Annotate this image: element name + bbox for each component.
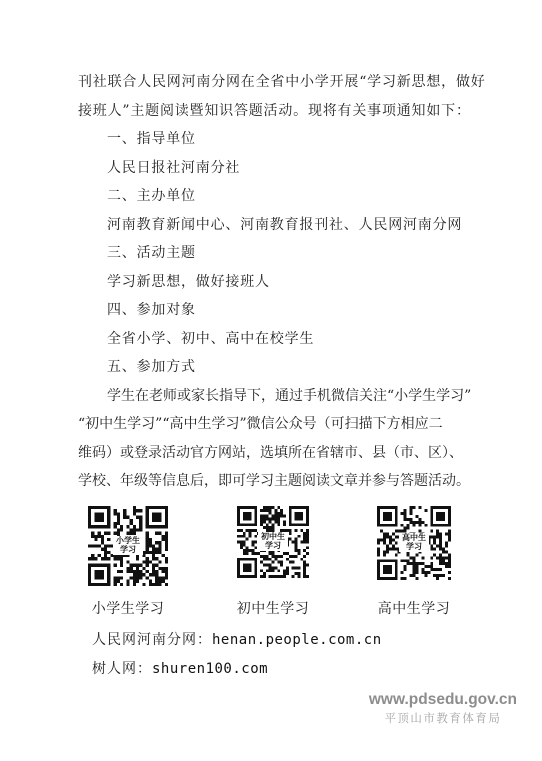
qr-caption: 初中生学习: [237, 598, 310, 618]
section-heading-4: 四、参加对象: [78, 296, 472, 325]
qr-code-icon: [237, 506, 309, 578]
link-label: 人民网河南分网：: [92, 632, 212, 648]
body-line: 河南教育新闻中心、河南教育报刊社、人民网河南分网: [78, 211, 472, 240]
body-line: 人民日报社河南分社: [78, 154, 472, 183]
notice-body: 刊社联合人民网河南分网在全省中小学开展“学习新思想，做好 接班人”主题阅读暨知识…: [0, 0, 542, 496]
body-line: 刊社联合人民网河南分网在全省中小学开展“学习新思想，做好: [78, 68, 472, 97]
body-line: “初中生学习”“高中生学习”微信公众号（可扫描下方相应二: [78, 410, 472, 439]
section-heading-1: 一、指导单位: [78, 125, 472, 154]
link-url: shuren100.com: [152, 661, 268, 677]
qr-block-primary-school: 小学生 学习 小学生学习: [88, 506, 168, 586]
body-line: 学生在老师或家长指导下，通过手机微信关注“小学生学习”: [78, 382, 472, 411]
qr-block-junior-high: 初中生 学习 初中生学习: [237, 506, 309, 578]
section-heading-3: 三、活动主题: [78, 239, 472, 268]
qr-caption: 高中生学习: [378, 598, 451, 618]
section-heading-2: 二、主办单位: [78, 182, 472, 211]
watermark-site: www.pdsedu.gov.cn: [369, 691, 517, 709]
body-line: 学校、年级等信息后，即可学习主题阅读文章并参与答题活动。: [78, 467, 472, 496]
document-page: 刊社联合人民网河南分网在全省中小学开展“学习新思想，做好 接班人”主题阅读暨知识…: [0, 0, 542, 761]
link-line: 树人网：shuren100.com: [92, 654, 542, 684]
qr-block-senior-high: 高中生 学习 高中生学习: [377, 506, 451, 580]
watermark: www.pdsedu.gov.cn 平顶山市教育体育局: [369, 691, 517, 726]
link-label: 树人网：: [92, 661, 152, 677]
qr-code-icon: [377, 506, 451, 580]
qr-caption: 小学生学习: [92, 598, 165, 618]
body-line: 维码）或登录活动官方网站，选填所在省辖市、县（市、区）、: [78, 439, 472, 468]
link-url: henan.people.com.cn: [212, 632, 382, 648]
body-line: 学习新思想，做好接班人: [78, 268, 472, 297]
link-line: 人民网河南分网：henan.people.com.cn: [92, 625, 542, 655]
qr-code-row: 小学生 学习 小学生学习 初中生 学习 初中生学习: [0, 506, 542, 618]
body-line: 接班人”主题阅读暨知识答题活动。现将有关事项通知如下：: [78, 97, 472, 126]
watermark-org: 平顶山市教育体育局: [369, 710, 517, 726]
website-links: 人民网河南分网：henan.people.com.cn 树人网：shuren10…: [0, 625, 542, 684]
section-heading-5: 五、参加方式: [78, 353, 472, 382]
qr-code-icon: [88, 506, 168, 586]
body-line: 全省小学、初中、高中在校学生: [78, 325, 472, 354]
